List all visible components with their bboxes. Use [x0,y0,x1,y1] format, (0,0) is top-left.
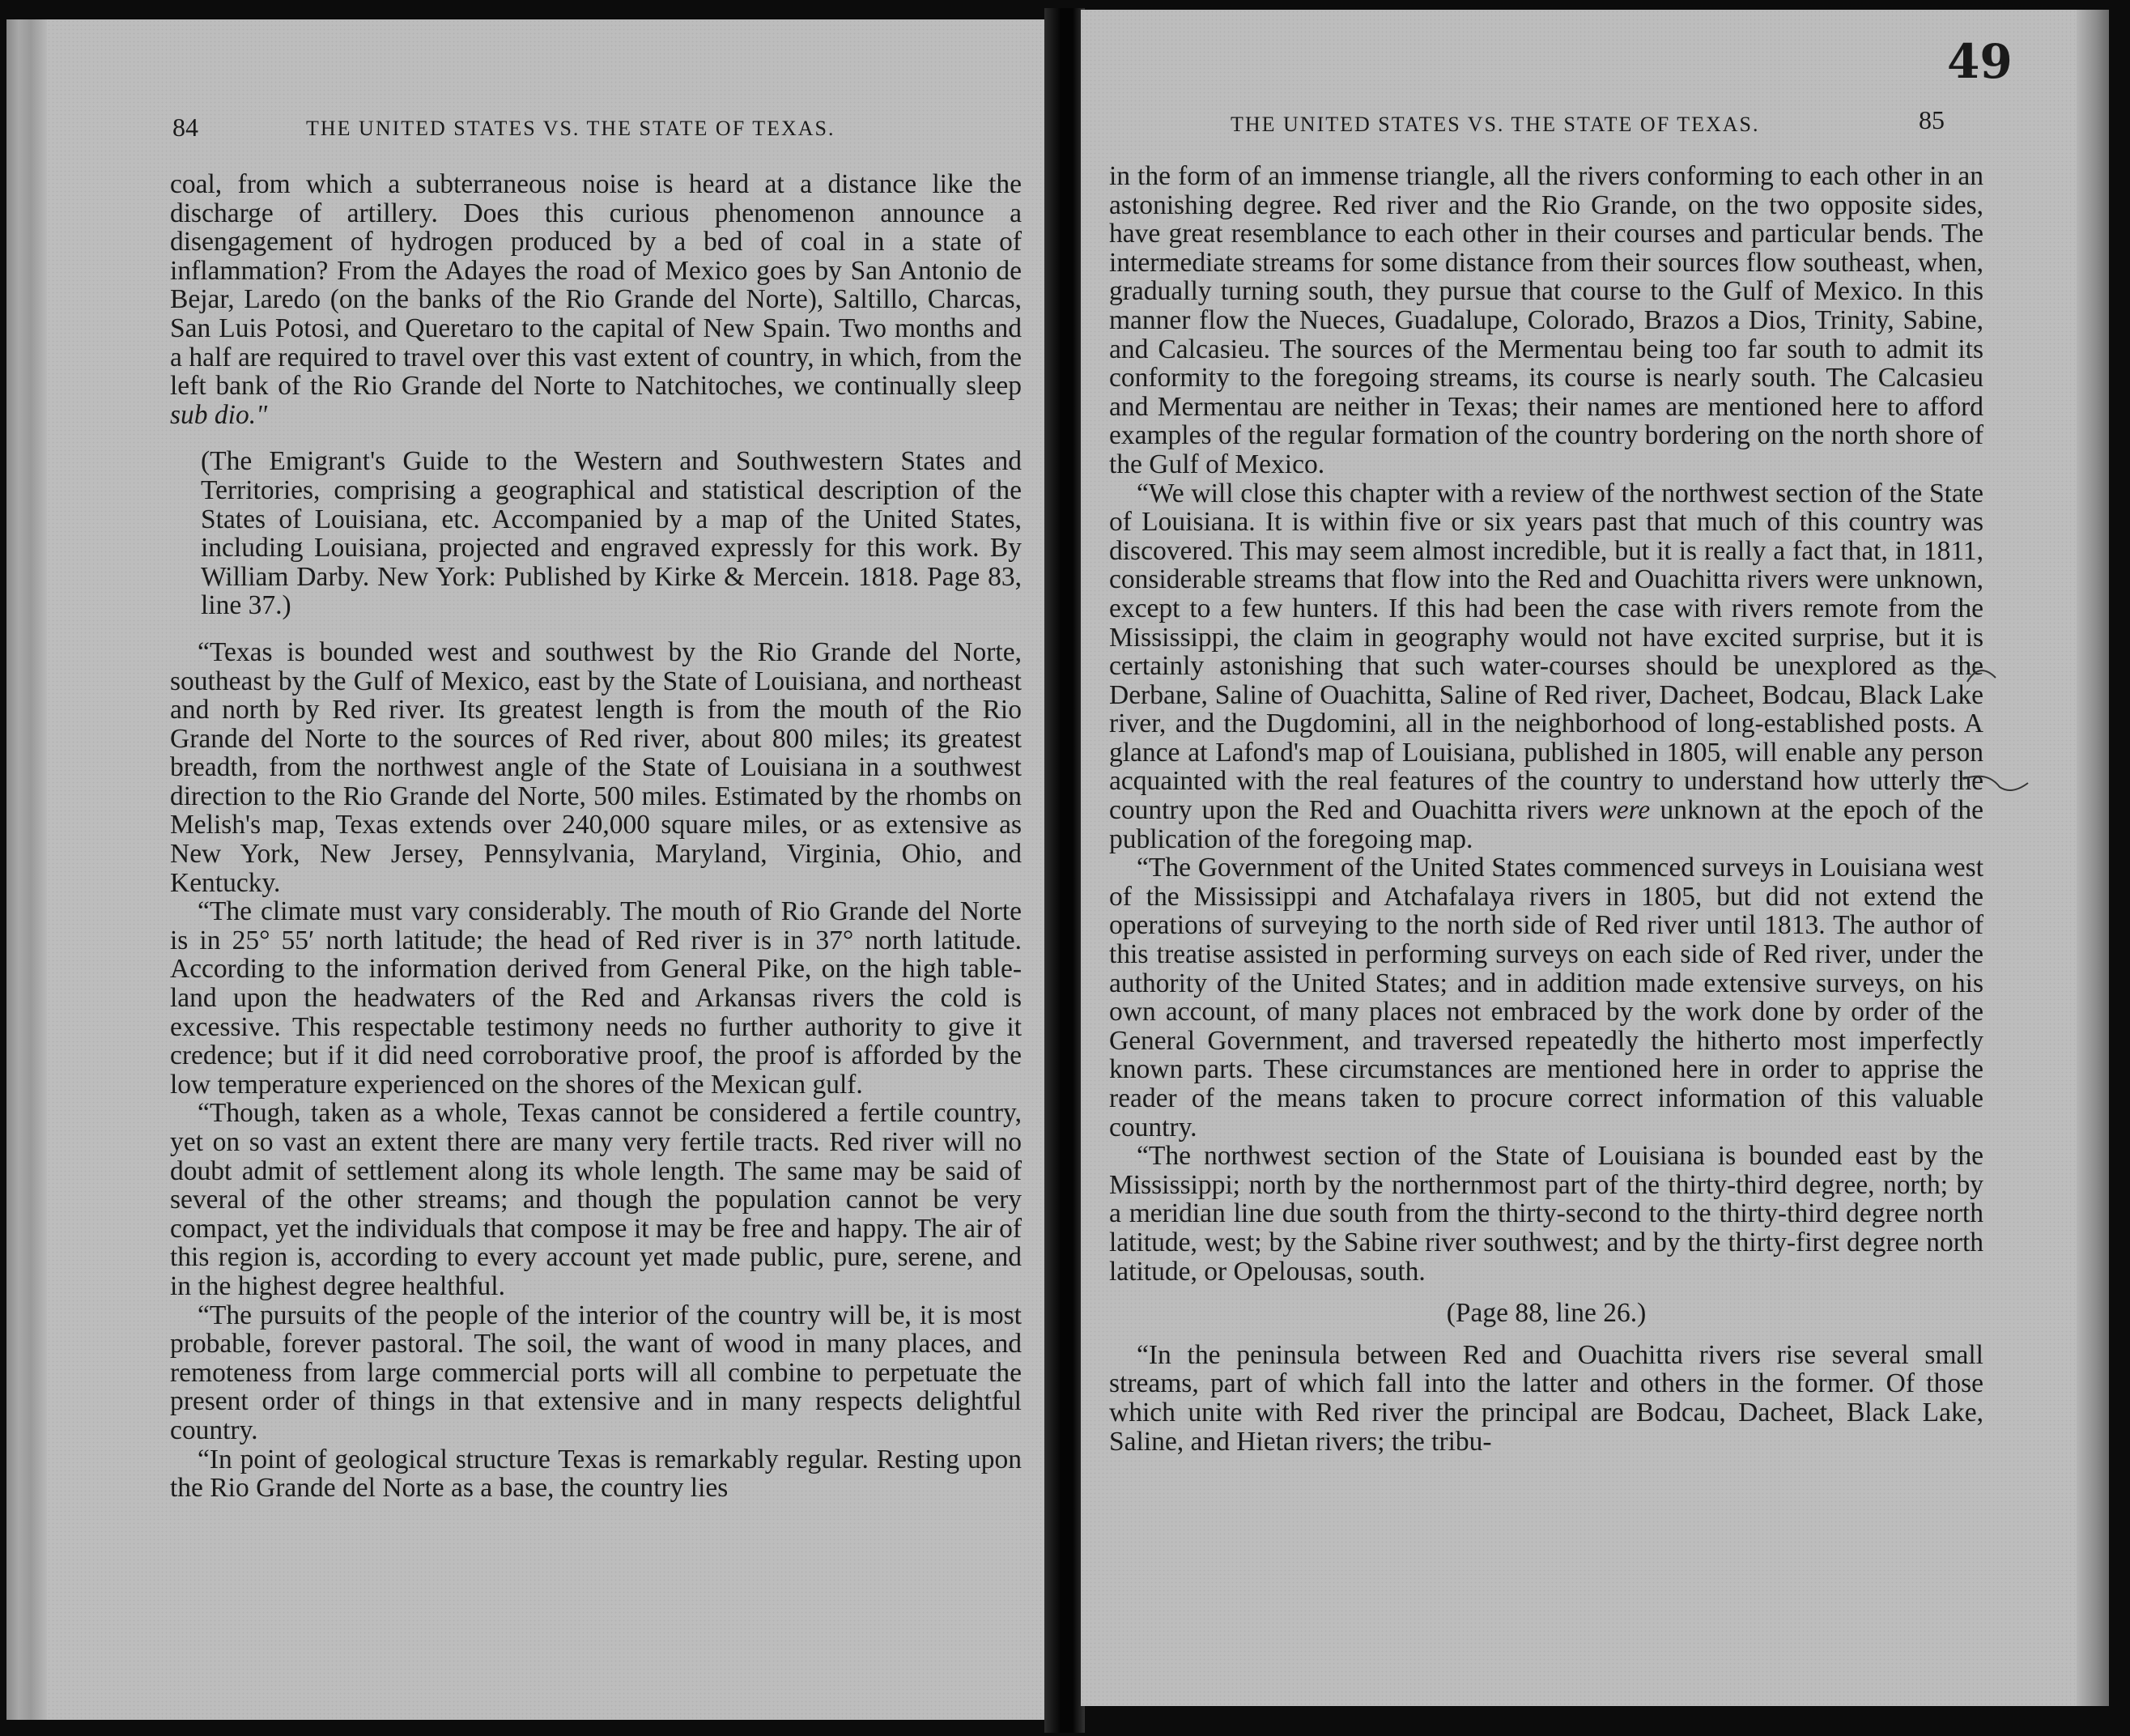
page-reference: (Page 88, line 26.) [1109,1299,1983,1328]
italic-word: were [1598,795,1650,825]
quoted-paragraph: “The pursuits of the people of the inter… [170,1301,1022,1445]
quoted-paragraph: “In the peninsula between Red and Ouachi… [1109,1341,1983,1456]
book-gutter [1044,8,1085,1733]
source-citation: (The Emigrant's Guide to the Western and… [170,447,1022,620]
quoted-paragraph: “The Government of the United States com… [1109,853,1983,1142]
paragraph-continuation: in the form of an immense triangle, all … [1109,162,1983,479]
left-page: 84 THE UNITED STATES VS. THE STATE OF TE… [6,19,1059,1720]
paragraph-continuation: coal, from which a subterraneous noise i… [170,170,1022,429]
page-number-left: 84 [172,113,198,143]
italic-phrase: sub dio." [170,400,267,430]
quoted-paragraph: “Texas is bounded west and southwest by … [170,638,1022,897]
page-number-right: 85 [1919,105,1945,135]
left-page-body: coal, from which a subterraneous noise i… [170,170,1022,1503]
running-head-right: THE UNITED STATES VS. THE STATE OF TEXAS… [1231,113,1759,137]
book-edge-left [6,19,47,1720]
quoted-paragraph: “The climate must vary considerably. The… [170,897,1022,1099]
margin-pencil-mark [1963,657,2036,803]
right-page: 49 THE UNITED STATES VS. THE STATE OF TE… [1081,10,2109,1706]
quoted-paragraph: “Though, taken as a whole, Texas cannot … [170,1099,1022,1300]
quoted-paragraph: “In point of geological structure Texas … [170,1445,1022,1503]
running-head-left: THE UNITED STATES VS. THE STATE OF TEXAS… [306,117,835,141]
quoted-paragraph: “We will close this chapter with a revie… [1109,479,1983,854]
right-page-body: in the form of an immense triangle, all … [1109,162,1983,1456]
book-edge-right [2077,10,2109,1706]
quoted-paragraph: “The northwest section of the State of L… [1109,1142,1983,1286]
archive-stamp-number: 49 [1947,34,2013,89]
